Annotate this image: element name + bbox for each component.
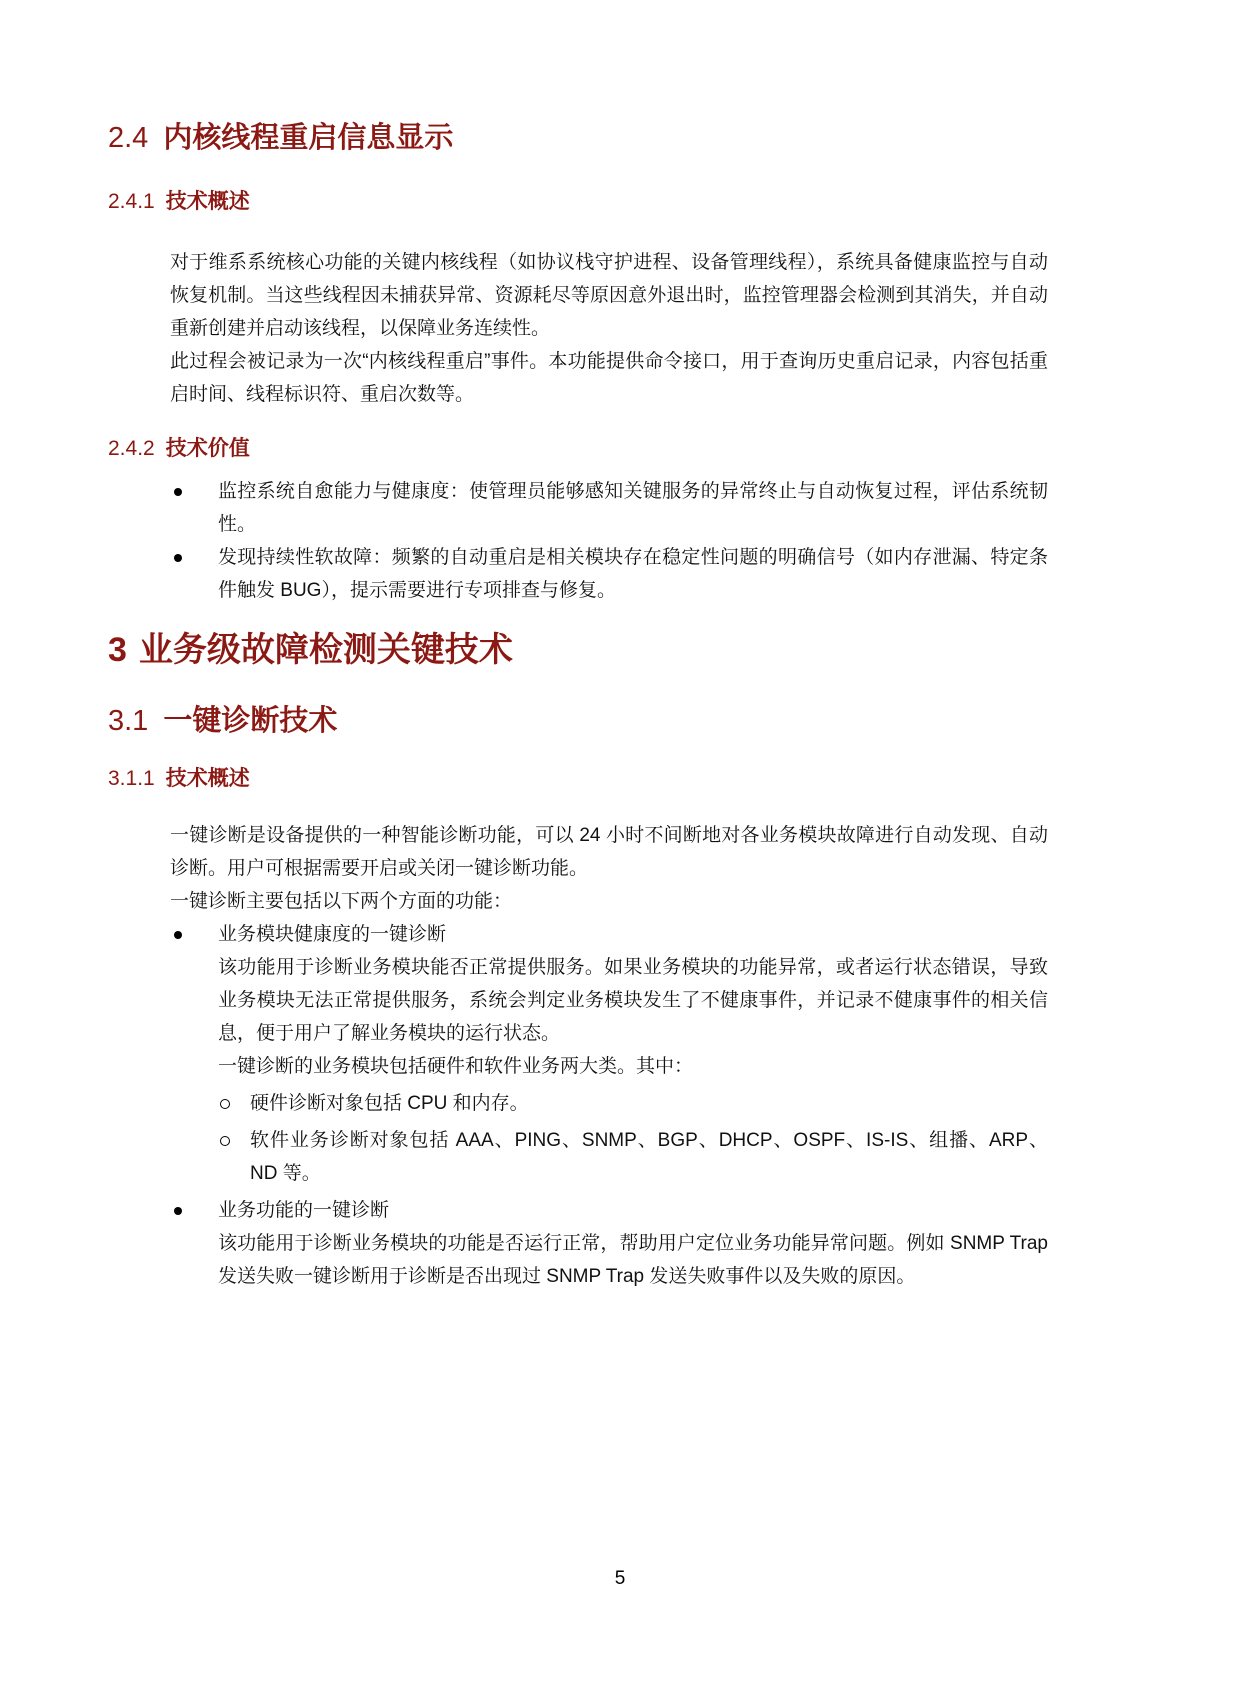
paragraph-module-categories: 一键诊断的业务模块包括硬件和软件业务两大类。其中：	[218, 1050, 1048, 1083]
heading-3-1-1-number: 3.1.1	[108, 767, 155, 790]
subbullet-hardware-text: 硬件诊断对象包括 CPU 和内存。	[250, 1093, 529, 1114]
heading-3-1-1-title: 技术概述	[166, 767, 250, 790]
heading-chapter-3-title: 业务级故障检测关键技术	[139, 631, 513, 669]
heading-2-4: 2.4内核线程重启信息显示	[108, 120, 1048, 156]
heading-3-1-title: 一键诊断技术	[163, 705, 337, 737]
bullet-icon	[174, 554, 182, 562]
heading-2-4-number: 2.4	[108, 122, 148, 154]
bullet-soft-fault: 发现持续性软故障：频繁的自动重启是相关模块存在稳定性问题的明确信号（如内存泄漏、…	[108, 541, 1048, 607]
heading-2-4-2-title: 技术价值	[166, 437, 250, 460]
paragraph-function-diagnosis-detail: 该功能用于诊断业务模块的功能是否运行正常，帮助用户定位业务功能异常问题。例如 S…	[218, 1227, 1048, 1293]
heading-2-4-2: 2.4.2技术价值	[108, 435, 1048, 463]
heading-2-4-title: 内核线程重启信息显示	[163, 122, 453, 154]
paragraph-diagnosis-scope: 一键诊断主要包括以下两个方面的功能：	[170, 885, 1048, 918]
heading-3-1-1: 3.1.1技术概述	[108, 765, 1048, 793]
heading-chapter-3-number: 3	[108, 631, 127, 669]
circle-bullet-icon	[220, 1136, 230, 1146]
paragraph-module-health-detail: 该功能用于诊断业务模块能否正常提供服务。如果业务模块的功能异常，或者运行状态错误…	[218, 951, 1048, 1050]
bullet-self-healing-text: 监控系统自愈能力与健康度：使管理员能够感知关键服务的异常终止与自动恢复过程，评估…	[218, 481, 1048, 535]
bullet-icon	[174, 1207, 182, 1215]
document-page: 2.4内核线程重启信息显示 2.4.1技术概述 对于维系系统核心功能的关键内核线…	[0, 0, 1240, 1683]
heading-3-1: 3.1一键诊断技术	[108, 703, 1048, 739]
heading-chapter-3: 3业务级故障检测关键技术	[108, 629, 1048, 671]
bullet-soft-fault-text: 发现持续性软故障：频繁的自动重启是相关模块存在稳定性问题的明确信号（如内存泄漏、…	[218, 547, 1048, 601]
heading-3-1-number: 3.1	[108, 705, 148, 737]
heading-2-4-1-title: 技术概述	[166, 190, 250, 213]
heading-2-4-1: 2.4.1技术概述	[108, 188, 1048, 216]
bullet-icon	[174, 931, 182, 939]
paragraph-diagnosis-intro: 一键诊断是设备提供的一种智能诊断功能，可以 24 小时不间断地对各业务模块故障进…	[170, 819, 1048, 885]
bullet-module-health: 业务模块健康度的一键诊断	[108, 918, 1048, 951]
subbullet-software: 软件业务诊断对象包括 AAA、PING、SNMP、BGP、DHCP、OSPF、I…	[108, 1124, 1048, 1190]
paragraph-kernel-thread-overview: 对于维系系统核心功能的关键内核线程（如协议栈守护进程、设备管理线程），系统具备健…	[170, 246, 1048, 345]
bullet-function-diagnosis: 业务功能的一键诊断	[108, 1194, 1048, 1227]
subbullet-software-text: 软件业务诊断对象包括 AAA、PING、SNMP、BGP、DHCP、OSPF、I…	[250, 1130, 1048, 1184]
paragraph-kernel-thread-record: 此过程会被记录为一次“内核线程重启”事件。本功能提供命令接口，用于查询历史重启记…	[170, 345, 1048, 411]
bullet-icon	[174, 488, 182, 496]
circle-bullet-icon	[220, 1099, 230, 1109]
heading-2-4-2-number: 2.4.2	[108, 437, 155, 460]
heading-2-4-1-number: 2.4.1	[108, 190, 155, 213]
subbullet-hardware: 硬件诊断对象包括 CPU 和内存。	[108, 1087, 1048, 1120]
bullet-function-diagnosis-text: 业务功能的一键诊断	[218, 1200, 389, 1221]
bullet-module-health-text: 业务模块健康度的一键诊断	[218, 924, 446, 945]
page-number: 5	[0, 1568, 1240, 1590]
bullet-self-healing: 监控系统自愈能力与健康度：使管理员能够感知关键服务的异常终止与自动恢复过程，评估…	[108, 475, 1048, 541]
